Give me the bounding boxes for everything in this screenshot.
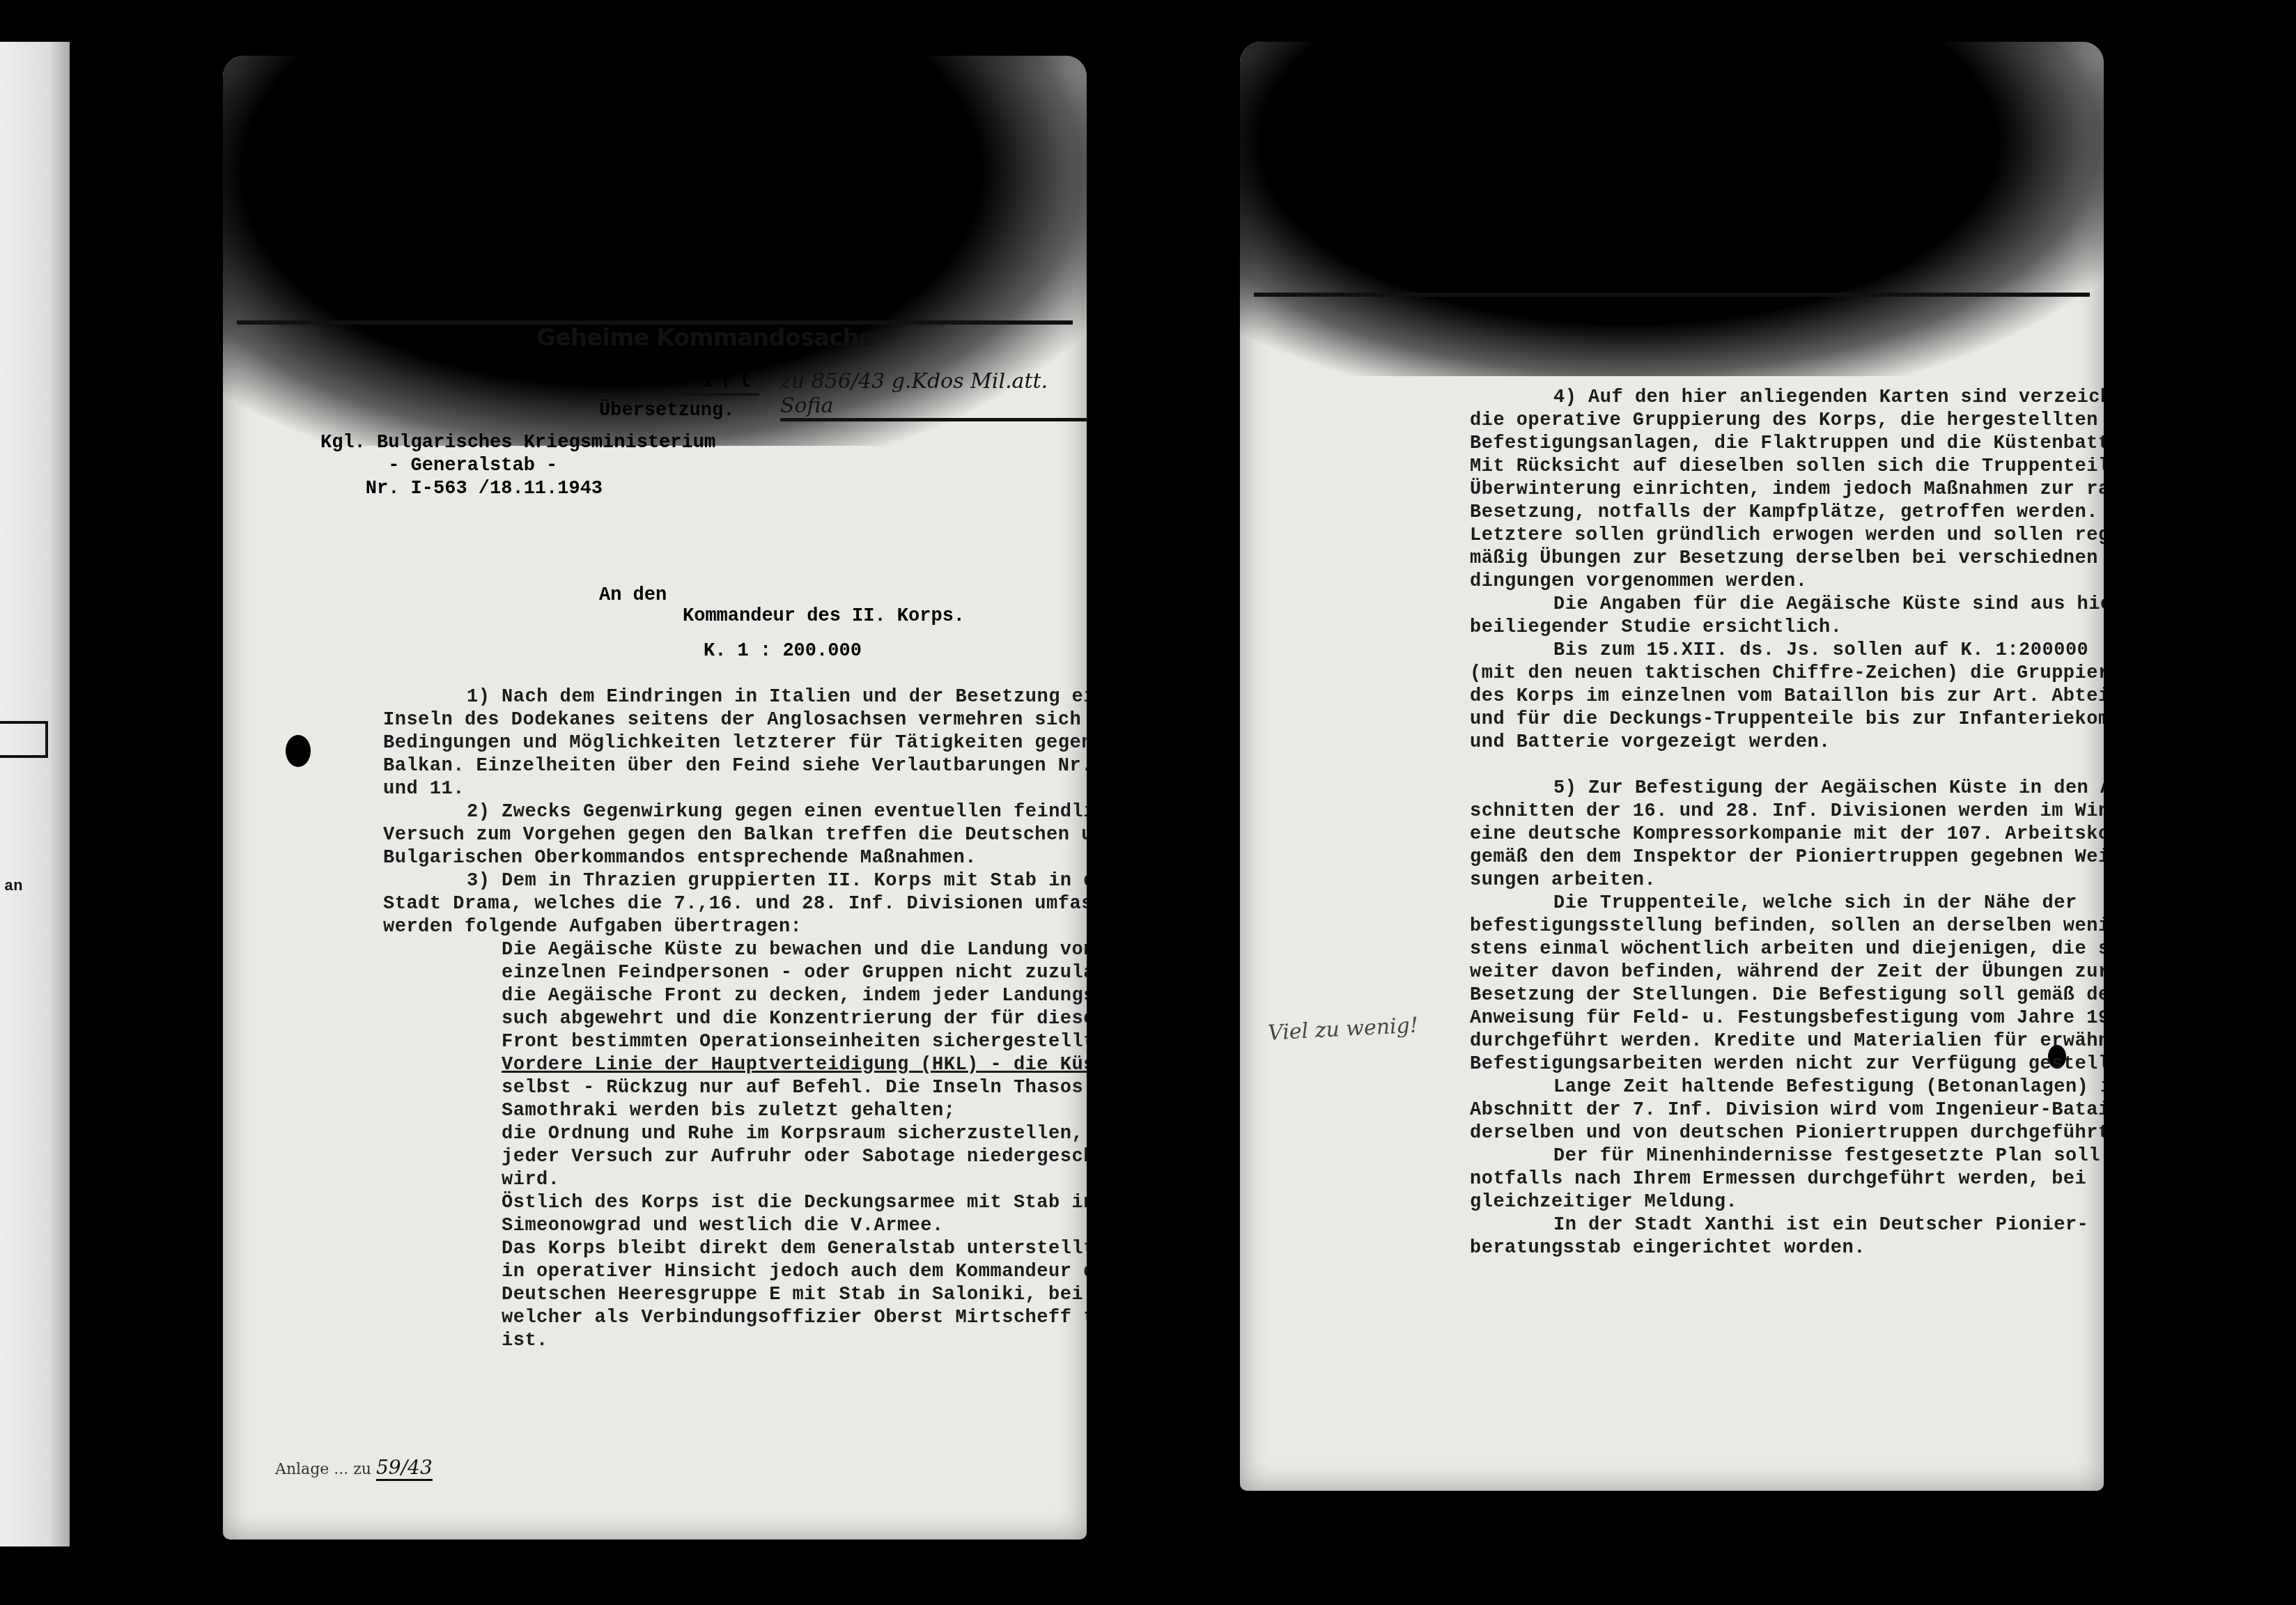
text-line: 1) Nach dem Eindringen in Italien und de… xyxy=(383,686,1087,709)
text-line: stens einmal wöchentlich arbeiten und di… xyxy=(1470,938,2104,961)
text-line: Lange Zeit haltende Befestigung (Betonan… xyxy=(1470,1076,2104,1099)
body-text: 1) Nach dem Eindringen in Italien und de… xyxy=(383,686,1087,1353)
text-line: Östlich des Korps ist die Deckungsarmee … xyxy=(383,1192,1087,1215)
translation-label: Übersetzung. xyxy=(599,401,734,421)
text-line: Abschnitt der 7. Inf. Division wird vom … xyxy=(1470,1099,2104,1122)
text-line: Befestigungsarbeiten werden nicht zur Ve… xyxy=(1470,1053,2104,1076)
text-line: Besetzung, notfalls der Kampfplätze, get… xyxy=(1470,502,2104,525)
text-line: Vordere Linie der Hauptverteidigung (HKL… xyxy=(383,1054,1087,1077)
shadow-overlay xyxy=(1240,42,2104,376)
text-line: Besetzung der Stellungen. Die Befestigun… xyxy=(1470,984,2104,1007)
text-line: gleichzeitiger Meldung. xyxy=(1470,1191,2104,1214)
document-page-right: Viel zu wenig! 4) Auf den hier anliegend… xyxy=(1240,42,2104,1491)
classification-stamp: Geheime Kommandosache xyxy=(536,324,874,352)
text-line: Die Truppenteile, welche sich in der Näh… xyxy=(1470,892,2104,915)
stamp-box xyxy=(0,721,48,758)
text-line: durchgeführt werden. Kredite und Materia… xyxy=(1470,1030,2104,1053)
text-line: die operative Gruppierung des Korps, die… xyxy=(1470,410,2104,433)
footer-handwritten: 59/43 xyxy=(376,1456,433,1481)
text-line: notfalls nach Ihrem Ermessen durchgeführ… xyxy=(1470,1168,2104,1191)
text-line: Überwinterung einrichten, indem jedoch M… xyxy=(1470,479,2104,502)
text-line: Anweisung für Feld- u. Festungsbefestigu… xyxy=(1470,1007,2104,1030)
text-line: 5) Zur Befestigung der Aegäischen Küste … xyxy=(1470,777,2104,800)
text-line: schnitten der 16. und 28. Inf. Divisione… xyxy=(1470,800,2104,823)
text-line: Bis zum 15.XII. ds. Js. sollen auf K. 1:… xyxy=(1470,639,2104,662)
text-line: weiter davon befinden, während der Zeit … xyxy=(1470,961,2104,984)
copy-heading: Abschrift xyxy=(585,371,759,396)
text-line: und 11. xyxy=(383,778,1087,801)
handwritten-margin-note: Viel zu wenig! xyxy=(1267,1013,1418,1045)
text-line: welcher als Verbindungsoffizier Oberst M… xyxy=(383,1307,1087,1330)
text-line: Mit Rücksicht auf dieselben sollen sich … xyxy=(1470,456,2104,479)
text-line: Balkan. Einzelheiten über den Feind sieh… xyxy=(383,755,1087,778)
text-line: Inseln des Dodekanes seitens der Anglosa… xyxy=(383,709,1087,732)
footer-label: Anlage ... zu xyxy=(275,1461,371,1478)
text-line: des Korps im einzelnen vom Bataillon bis… xyxy=(1470,685,2104,708)
sender-line: Kgl. Bulgarisches Kriegsministerium xyxy=(320,432,715,455)
text-line: Letztere sollen gründlich erwogen werden… xyxy=(1470,525,2104,548)
text-line: eine deutsche Kompressorkompanie mit der… xyxy=(1470,823,2104,846)
text-line: selbst - Rückzug nur auf Befehl. Die Ins… xyxy=(383,1077,1087,1100)
text-line: (mit den neuen taktischen Chiffre-Zeiche… xyxy=(1470,662,2104,685)
text-line: Bedingungen und Möglichkeiten letzterer … xyxy=(383,732,1087,755)
text-line: In der Stadt Xanthi ist ein Deutscher Pi… xyxy=(1470,1214,2104,1237)
address-to: An den xyxy=(599,585,667,606)
text-line: such abgewehrt und die Konzentrierung de… xyxy=(383,1008,1087,1031)
text-line: 4) Auf den hier anliegenden Karten sind … xyxy=(1470,387,2104,410)
text-line: Simeonowgrad und westlich die V.Armee. xyxy=(383,1215,1087,1238)
text-line: derselben und von deutschen Pioniertrupp… xyxy=(1470,1122,2104,1145)
sender-block: Kgl. Bulgarisches Kriegsministerium - Ge… xyxy=(320,432,715,501)
sender-line: Nr. I-563 /18.11.1943 xyxy=(320,478,715,501)
document-page-left: Geheime Kommandosache Abschrift zu 856/4… xyxy=(223,56,1087,1540)
text-line: Die Angaben für die Aegäische Küste sind… xyxy=(1470,594,2104,617)
text-line: Bulgarischen Oberkommandos entsprechende… xyxy=(383,847,1087,870)
text-line: Samothraki werden bis zuletzt gehalten; xyxy=(383,1100,1087,1123)
sheet-edge xyxy=(1254,293,2090,297)
text-line: Front bestimmten Operationseinheiten sic… xyxy=(383,1031,1087,1054)
text-line: Das Korps bleibt direkt dem Generalstab … xyxy=(383,1238,1087,1261)
spacer xyxy=(1470,754,2104,777)
text-line: 3) Dem in Thrazien gruppierten II. Korps… xyxy=(383,870,1087,893)
text-line: jeder Versuch zur Aufruhr oder Sabotage … xyxy=(383,1146,1087,1169)
text-fragment: an xyxy=(4,878,22,895)
handwritten-reference: zu 856/43 g.Kdos Mil.att. Sofia xyxy=(780,369,1087,421)
text-line: werden folgende Aufgaben übertragen: xyxy=(383,916,1087,939)
text-line: einzelnen Feindpersonen - oder Gruppen n… xyxy=(383,962,1087,985)
text-line: Befestigungsanlagen, die Flaktruppen und… xyxy=(1470,433,2104,456)
punch-hole xyxy=(286,735,311,767)
address-recipient: Kommandeur des II. Korps. xyxy=(683,606,965,627)
text-line: die Ordnung und Ruhe im Korpsraum sicher… xyxy=(383,1123,1087,1146)
body-text: 4) Auf den hier anliegenden Karten sind … xyxy=(1470,387,2104,1260)
text-line: Der für Minenhindernisse festgesetzte Pl… xyxy=(1470,1145,2104,1168)
text-line: mäßig Übungen zur Besetzung derselben be… xyxy=(1470,548,2104,571)
text-line: ist. xyxy=(383,1330,1087,1353)
text-line: wird. xyxy=(383,1169,1087,1192)
text-line: und Batterie vorgezeigt werden. xyxy=(1470,731,2104,754)
text-line: in operativer Hinsicht jedoch auch dem K… xyxy=(383,1261,1087,1284)
adjacent-page-strip: an xyxy=(0,42,70,1546)
text-line: Stadt Drama, welches die 7.,16. und 28. … xyxy=(383,893,1087,916)
text-line: beratungsstab eingerichtet worden. xyxy=(1470,1237,2104,1260)
text-line: Deutschen Heeresgruppe E mit Stab in Sal… xyxy=(383,1284,1087,1307)
text-line: dingungen vorgenommen werden. xyxy=(1470,571,2104,594)
text-line: sungen arbeiten. xyxy=(1470,869,2104,892)
text-line: 2) Zwecks Gegenwirkung gegen einen event… xyxy=(383,801,1087,824)
text-line: befestigungsstellung befinden, sollen an… xyxy=(1470,915,2104,938)
map-scale: K. 1 : 200.000 xyxy=(704,641,862,662)
text-line: Die Aegäische Küste zu bewachen und die … xyxy=(383,939,1087,962)
text-line: beiliegender Studie ersichtlich. xyxy=(1470,617,2104,639)
footer: Anlage ... zu 59/43 xyxy=(275,1456,433,1479)
sender-line: - Generalstab - xyxy=(320,455,715,478)
text-line: Versuch zum Vorgehen gegen den Balkan tr… xyxy=(383,824,1087,847)
text-line: die Aegäische Front zu decken, indem jed… xyxy=(383,985,1087,1008)
text-line: und für die Deckungs-Truppenteile bis zu… xyxy=(1470,708,2104,731)
text-line: gemäß den dem Inspektor der Pioniertrupp… xyxy=(1470,846,2104,869)
